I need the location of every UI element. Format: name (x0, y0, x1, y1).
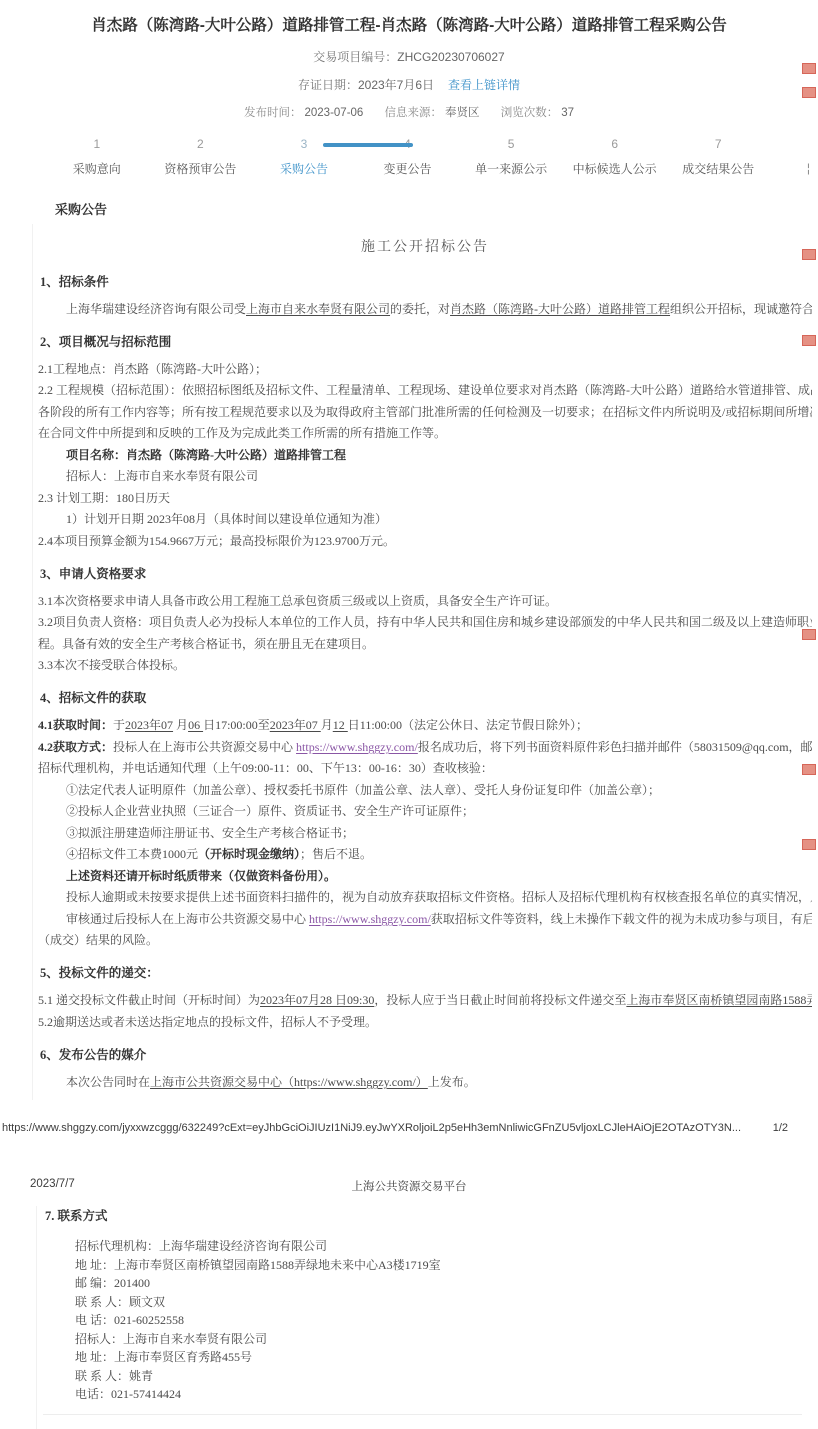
active-step-connector (323, 143, 413, 147)
text-segment: 在合同文件中所提到和反映的工作及为完成此类工作所需的所有措施工作等。 (38, 426, 446, 440)
views-label: 浏览次数： (501, 107, 559, 119)
contact-line: 联 系 人：姚青 (43, 1370, 812, 1382)
project-number-row: 交易项目编号：ZHCG20230706027 (0, 48, 818, 65)
text-segment: ③拟派注册建造师注册证书、安全生产考核合格证书； (66, 826, 354, 840)
doc-line: 上述资料还请开标时纸质带来（仅做资料备份用）。 (38, 869, 812, 883)
publish-value: 2023-07-06 (304, 107, 363, 119)
text-segment: 项目名称：肖杰路（陈湾路-大叶公路）道路排管工程 (66, 448, 346, 462)
contact-line: 地 址：上海市奉贤区育秀路455号 (43, 1351, 812, 1363)
text-segment: 3、申请人资格要求 (40, 567, 146, 581)
doc-line: 3.2项目负责人资格：项目负责人必为投标人本单位的工作人员，持有中华人民共和国住… (38, 615, 812, 629)
doc-line: 本次公告同时在上海市公共资源交易中心（https://www.shggzy.co… (38, 1075, 812, 1089)
page-url: https://www.shggzy.com/jyxxwzcggg/632249… (2, 1122, 741, 1134)
doc-line: ④招标文件工本费1000元（开标时现金缴纳）；售后不退。 (38, 847, 812, 861)
doc-line: ③拟派注册建造师注册证书、安全生产考核合格证书； (38, 826, 812, 840)
red-edge-artifact (802, 249, 816, 260)
doc-line: 5.1 递交投标文件截止时间（开标时间）为2023年07月28 日09:30，投… (38, 993, 812, 1007)
document-title: 施工公开招标公告 (38, 236, 812, 256)
announcement-body: 施工公开招标公告 1、招标条件上海华瑞建设经济咨询有限公司受上海市自来水奉贤有限… (32, 224, 812, 1101)
text-segment: 日11:00:00（法定公休日、法定节假日除外）； (348, 718, 588, 732)
text-segment: ①法定代表人证明原件（加盖公章）、授权委托书原件（加盖公章、法人章）、受托人身份… (66, 783, 660, 797)
cert-date-label: 存证日期： (298, 78, 358, 92)
doc-line: 4.2获取方式：投标人在上海市公共资源交易中心 https://www.shgg… (38, 740, 812, 754)
text-segment: 4、招标文件的获取 (40, 691, 146, 705)
doc-line: ②投标人企业营业执照（三证合一）原件、资质证书、安全生产许可证原件； (38, 804, 812, 818)
contact-line: 联 系 人：顾文双 (43, 1296, 812, 1308)
step-number: 6 (563, 136, 667, 152)
text-segment: 审核通过后投标人在上海市公共资源交易中心 (66, 912, 309, 926)
doc-line: 2.3 计划工期：180日历天 (38, 491, 812, 505)
publish-label: 发布时间： (244, 107, 302, 119)
page-title: 肖杰路（陈湾路-大叶公路）道路排管工程-肖杰路（陈湾路-大叶公路）道路排管工程采… (60, 16, 758, 37)
doc-line: 程。具备有效的安全生产考核合格证书，须在册且无在建项目。 (38, 637, 812, 651)
project-number-label: 交易项目编号： (313, 50, 397, 64)
contact-line: 电话：021-57414424 (43, 1388, 812, 1400)
doc-line: 3.1本次资格要求申请人具备市政公用工程施工总承包资质三级或以上资质，具备安全生… (38, 594, 812, 608)
text-segment: 4.1获取时间： (38, 718, 113, 732)
bottom-divider (43, 1414, 802, 1429)
text-segment: 上海市公共资源交易中心（https://www.shggzy.com/） (150, 1075, 428, 1089)
text-segment: 上发布。 (428, 1075, 476, 1089)
text-segment: 报名成功后，将下列书面资料原件彩色扫描并邮件（58031509@qq.com，邮… (418, 740, 812, 754)
step-label: 成交结果公告 (666, 161, 770, 177)
text-segment: 5、投标文件的递交： (40, 966, 159, 980)
text-segment: 的委托，对 (390, 302, 450, 316)
doc-line: 项目名称：肖杰路（陈湾路-大叶公路）道路排管工程 (38, 448, 812, 462)
text-segment: 获取招标文件等资料，线上未操作下载文件的视为未成功参与项目，有后续无法录入开评 (431, 912, 812, 926)
text-segment: 06 (188, 718, 203, 732)
text-segment: 2.3 计划工期：180日历天 (38, 491, 170, 505)
step-label: 变更公告 (356, 161, 460, 177)
doc-line: 2.4本项目预算金额为154.9667万元；最高投标限价为123.9700万元。 (38, 534, 812, 548)
red-edge-artifact (802, 764, 816, 775)
section-heading: 3、申请人资格要求 (40, 564, 812, 582)
contact-line: 招标人：上海市自来水奉贤有限公司 (43, 1333, 812, 1345)
step-label: 单一来源公示 (459, 161, 563, 177)
red-edge-artifact (802, 87, 816, 98)
text-segment: 3.2项目负责人资格：项目负责人必为投标人本单位的工作人员，持有中华人民共和国住… (38, 615, 812, 629)
text-segment: 2023年07 (125, 718, 173, 732)
text-segment: 组织公开招标，现诚邀符合投标单位资质要求的单位 (670, 302, 812, 316)
page-indicator: 1/2 (773, 1122, 788, 1134)
text-segment: 本次公告同时在 (66, 1075, 150, 1089)
step-2-tab[interactable]: 2资格预审公告 (149, 136, 253, 177)
text-segment: 各阶段的所有工作内容等；所有按工程规范要求以及为取得政府主管部门批准所需的任何检… (38, 405, 812, 419)
document-content: 1、招标条件上海华瑞建设经济咨询有限公司受上海市自来水奉贤有限公司的委托，对肖杰… (38, 272, 812, 1089)
print-footer: https://www.shggzy.com/jyxxwzcggg/632249… (0, 1122, 818, 1134)
step-number: 1 (45, 136, 149, 152)
section-heading: 4、招标文件的获取 (40, 688, 812, 706)
text-segment: 招标人：上海市自来水奉贤有限公司 (66, 469, 258, 483)
red-edge-artifact (802, 839, 816, 850)
contact-lines: 招标代理机构：上海华瑞建设经济咨询有限公司地 址：上海市奉贤区南桥镇望园南路15… (43, 1240, 812, 1400)
cert-date-row: 存证日期：2023年7月6日查看上链详情 (0, 76, 818, 93)
doc-line: 在合同文件中所提到和反映的工作及为完成此类工作所需的所有措施工作等。 (38, 426, 812, 440)
step-6-tab[interactable]: 6中标候选人公示 (563, 136, 667, 177)
text-segment: 肖杰路（陈湾路-大叶公路）道路排管工程 (450, 302, 670, 316)
step-label: 采购意向 (45, 161, 149, 177)
step-1-tab[interactable]: 1采购意向 (45, 136, 149, 177)
doc-line: 5.2逾期送达或者未送达指定地点的投标文件，招标人不予受理。 (38, 1015, 812, 1029)
text-segment: （开标时现金缴纳） (198, 847, 300, 861)
text-segment: 6、发布公告的媒介 (40, 1048, 146, 1062)
text-segment: （成交）结果的风险。 (38, 933, 158, 947)
doc-line: 各阶段的所有工作内容等；所有按工程规范要求以及为取得政府主管部门批准所需的任何检… (38, 405, 812, 419)
text-segment: 12 (333, 718, 348, 732)
section-heading: 1、招标条件 (40, 272, 812, 290)
contact-line: 招标代理机构：上海华瑞建设经济咨询有限公司 (43, 1240, 812, 1252)
contact-section: 7. 联系方式 招标代理机构：上海华瑞建设经济咨询有限公司地 址：上海市奉贤区南… (36, 1206, 812, 1429)
text-segment: 2.2 工程规模（招标范围）：依照招标图纸及招标文件、工程量清单、工程现场、建设… (38, 383, 812, 397)
tab-content-label: 采购公告 (55, 199, 818, 218)
doc-line: 审核通过后投标人在上海市公共资源交易中心 https://www.shggzy.… (38, 912, 812, 926)
step-label: 采购公告 (252, 161, 356, 177)
step-number: 7 (666, 136, 770, 152)
publish-meta-row: 发布时间：2023-07-06 信息来源：奉贤区 浏览次数：37 (0, 104, 818, 120)
text-segment: 2023年07月28 日09:30 (260, 993, 374, 1007)
text-segment: 程。具备有效的安全生产考核合格证书，须在册且无在建项目。 (38, 637, 374, 651)
doc-line: 1）计划开日期 2023年08月（具体时间以建设单位通知为准） (38, 512, 812, 526)
views-count: 37 (561, 107, 574, 119)
text-segment: 1、招标条件 (40, 275, 109, 289)
text-segment: 3.3本次不接受联合体投标。 (38, 658, 185, 672)
page2-print-header: 2023/7/7 上海公共资源交易平台 (0, 1178, 818, 1194)
announcement-header: 肖杰路（陈湾路-大叶公路）道路排管工程-肖杰路（陈湾路-大叶公路）道路排管工程采… (0, 0, 818, 120)
contact-line: 电 话：021-60252558 (43, 1314, 812, 1326)
source-value: 奉贤区 (445, 107, 480, 119)
text-segment: 投标人在上海市公共资源交易中心 (113, 740, 296, 754)
doc-line: ①法定代表人证明原件（加盖公章）、授权委托书原件（加盖公章、法人章）、受托人身份… (38, 783, 812, 797)
source-label: 信息来源： (385, 107, 443, 119)
text-segment: ②投标人企业营业执照（三证合一）原件、资质证书、安全生产许可证原件； (66, 804, 474, 818)
text-segment: 上海市自来水奉贤有限公司 (246, 302, 390, 316)
inline-link[interactable]: https://www.shggzy.com/ (296, 740, 418, 754)
step-number: 5 (459, 136, 563, 152)
text-segment: 于 (113, 718, 125, 732)
text-segment: 月 (173, 718, 188, 732)
progress-steps: ¦ 1采购意向2资格预审公告3采购公告4变更公告5单一来源公示6中标候选人公示7… (45, 136, 770, 177)
doc-line: 招标代理机构，并电话通知代理（上午09:00-11：00、下午13：00-16：… (38, 761, 812, 775)
red-edge-artifact (802, 629, 816, 640)
text-segment: 3.1本次资格要求申请人具备市政公用工程施工总承包资质三级或以上资质，具备安全生… (38, 594, 557, 608)
doc-line: 上海华瑞建设经济咨询有限公司受上海市自来水奉贤有限公司的委托，对肖杰路（陈湾路-… (38, 302, 812, 316)
red-edge-artifact (802, 63, 816, 74)
text-segment: 日17:00:00至 (203, 718, 270, 732)
doc-line: 投标人逾期或未按要求提供上述书面资料扫描件的，视为自动放弃获取招标文件资格。招标… (38, 890, 812, 904)
doc-line: 3.3本次不接受联合体投标。 (38, 658, 812, 672)
text-segment: 2、项目概况与招标范围 (40, 335, 171, 349)
text-segment: 5.2逾期送达或者未送达指定地点的投标文件，招标人不予受理。 (38, 1015, 377, 1029)
inline-link[interactable]: https://www.shggzy.com/ (309, 912, 431, 926)
doc-line: 招标人：上海市自来水奉贤有限公司 (38, 469, 812, 483)
cert-date-value: 2023年7月6日 (358, 78, 434, 92)
print-preview-page: 肖杰路（陈湾路-大叶公路）道路排管工程-肖杰路（陈湾路-大叶公路）道路排管工程采… (0, 0, 818, 1429)
text-segment: 2.4本项目预算金额为154.9667万元；最高投标限价为123.9700万元。 (38, 534, 395, 548)
doc-line: 4.1获取时间：于2023年07 月06 日17:00:00至2023年07 月… (38, 718, 812, 732)
doc-line: 2.2 工程规模（招标范围）：依照招标图纸及招标文件、工程量清单、工程现场、建设… (38, 383, 812, 397)
step-5-tab[interactable]: 5单一来源公示 (459, 136, 563, 177)
text-segment: 2023年07 (270, 718, 321, 732)
text-segment: 1）计划开日期 2023年08月（具体时间以建设单位通知为准） (66, 512, 387, 526)
project-number-value: ZHCG20230706027 (397, 50, 504, 64)
text-segment: 2.1工程地点：肖杰路（陈湾路-大叶公路）； (38, 362, 267, 376)
step-label: 资格预审公告 (149, 161, 253, 177)
text-segment: 月 (321, 718, 333, 732)
doc-line: 2.1工程地点：肖杰路（陈湾路-大叶公路）； (38, 362, 812, 376)
text-segment: 上述资料还请开标时纸质带来（仅做资料备份用）。 (66, 869, 336, 883)
text-segment: ；售后不退。 (300, 847, 372, 861)
truncated-step-indicator: ¦ (807, 161, 810, 175)
section-heading: 6、发布公告的媒介 (40, 1045, 812, 1063)
section-heading: 2、项目概况与招标范围 (40, 332, 812, 350)
section-heading: 5、投标文件的递交： (40, 963, 812, 981)
text-segment: 5.1 递交投标文件截止时间（开标时间）为 (38, 993, 260, 1007)
red-edge-artifact (802, 335, 816, 346)
contact-line: 地 址：上海市奉贤区南桥镇望园南路1588弄绿地未来中心A3楼1719室 (43, 1259, 812, 1271)
text-segment: 招标代理机构，并电话通知代理（上午09:00-11：00、下午13：00-16：… (38, 761, 493, 775)
doc-line: （成交）结果的风险。 (38, 933, 812, 947)
text-segment: 上海市奉贤区南桥镇望园南路1588弄绿地未来中心A3楼171 (626, 993, 812, 1007)
text-segment: 上海华瑞建设经济咨询有限公司受 (66, 302, 246, 316)
step-7-tab[interactable]: 7成交结果公告 (666, 136, 770, 177)
step-label: 中标候选人公示 (563, 161, 667, 177)
step-number: 2 (149, 136, 253, 152)
contact-heading: 7. 联系方式 (45, 1206, 812, 1224)
view-chain-link[interactable]: 查看上链详情 (448, 78, 520, 92)
contact-line: 邮 编：201400 (43, 1277, 812, 1289)
text-segment: 4.2获取方式： (38, 740, 113, 754)
text-segment: ④招标文件工本费1000元 (66, 847, 198, 861)
text-segment: 投标人逾期或未按要求提供上述书面资料扫描件的，视为自动放弃获取招标文件资格。招标… (66, 890, 812, 904)
site-name: 上海公共资源交易平台 (0, 1178, 818, 1194)
text-segment: ，投标人应于当日截止时间前将投标文件递交至 (374, 993, 626, 1007)
